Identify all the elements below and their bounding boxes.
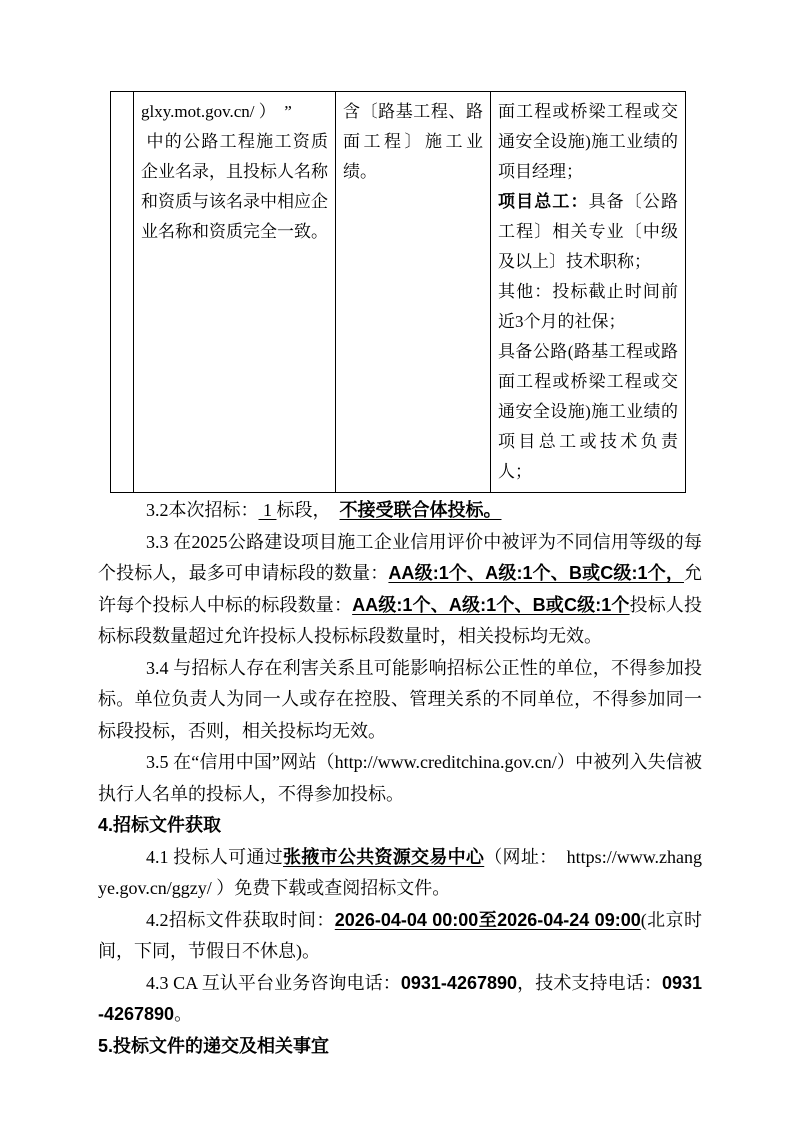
clause-3-3: 3.3 在2025公路建设项目施工企业信用评价中被评为不同信用等级的每个投标人，… xyxy=(98,527,702,653)
text-run: 3.4 与招标人存在利害关系且可能影响招标公正性的单位，不得参加投标。单位负责人… xyxy=(98,658,702,741)
text-run: 4.招标文件获取 xyxy=(98,815,221,835)
clause-3-4: 3.4 与招标人存在利害关系且可能影响招标公正性的单位，不得参加投标。单位负责人… xyxy=(98,653,702,748)
emphasis-text: 2026-04-04 00:00至2026-04-24 09:00 xyxy=(335,910,641,930)
emphasis-text: 张掖市公共资源交易中心 xyxy=(283,847,484,867)
table-cell-performance: 含〔路基工程、路面工程〕施工业绩。 xyxy=(336,92,491,493)
clauses-container: 3.2本次招标： 1 标段， 不接受联合体投标。3.3 在2025公路建设项目施… xyxy=(98,495,702,1062)
text-run: 标段， xyxy=(277,500,340,520)
text-run: 面工程或桥梁工程或交通安全设施)施工业绩的项目经理； xyxy=(498,102,678,181)
text-run: 5.投标文件的递交及相关事宜 xyxy=(98,1036,329,1056)
document-page: glxy.mot.gov.cn/ ） ” 中的公路工程施工资质企业名录，且投标人… xyxy=(0,0,794,1124)
clause-3-2: 3.2本次招标： 1 标段， 不接受联合体投标。 xyxy=(98,495,702,527)
text-run: 4.2招标文件获取时间： xyxy=(146,910,335,930)
text-run: 。 xyxy=(174,1004,192,1024)
emphasis-text: AA级:1个、A级:1个、B或C级:1个 xyxy=(352,595,629,615)
section-4-heading: 4.招标文件获取 xyxy=(98,810,702,842)
text-run: 3.2本次招标： xyxy=(146,500,259,520)
table-row: glxy.mot.gov.cn/ ） ” 中的公路工程施工资质企业名录，且投标人… xyxy=(111,92,686,493)
section-5-heading: 5.投标文件的递交及相关事宜 xyxy=(98,1031,702,1063)
text-run: 其他：投标截止时间前近3个月的社保； xyxy=(498,282,678,331)
emphasis-text: 不接受联合体投标。 xyxy=(340,500,502,520)
text-run: 3.5 在“信用中国”网站（http://www.creditchina.gov… xyxy=(98,752,702,804)
personnel-requirement: 项目总工：具备〔公路工程〕相关专业〔中级及以上〕技术职称； xyxy=(498,187,678,277)
personnel-requirement: 其他：投标截止时间前近3个月的社保； xyxy=(498,277,678,337)
qualification-table: glxy.mot.gov.cn/ ） ” 中的公路工程施工资质企业名录，且投标人… xyxy=(110,91,686,493)
emphasis-text: AA级:1个、A级:1个、B或C级:1个， xyxy=(388,563,684,583)
personnel-requirement: 面工程或桥梁工程或交通安全设施)施工业绩的项目经理； xyxy=(498,97,678,187)
text-run: 中的公路工程施工资质企业名录，且投标人名称和资质与该名录中相应企业名称和资质完全… xyxy=(141,132,328,241)
emphasis-text: 0931-4267890 xyxy=(401,973,517,993)
clause-4-2: 4.2招标文件获取时间：2026-04-04 00:00至2026-04-24 … xyxy=(98,905,702,968)
emphasis-text: 项目总工： xyxy=(498,192,589,211)
table-cell-index xyxy=(111,92,134,493)
text-run: glxy.mot.gov.cn/ ） ” xyxy=(141,102,292,121)
text-run: 4.3 CA 互认平台业务咨询电话： xyxy=(146,973,401,993)
text-run: 具备公路(路基工程或路面工程或桥梁工程或交通安全设施)施工业绩的项目总工或技术负… xyxy=(498,342,678,481)
clause-3-5: 3.5 在“信用中国”网站（http://www.creditchina.gov… xyxy=(98,747,702,810)
text-run: 4.1 投标人可通过 xyxy=(146,847,283,867)
table-cell-qualification: glxy.mot.gov.cn/ ） ” 中的公路工程施工资质企业名录，且投标人… xyxy=(134,92,336,493)
table-cell-personnel: 面工程或桥梁工程或交通安全设施)施工业绩的项目经理；项目总工：具备〔公路工程〕相… xyxy=(491,92,686,493)
emphasis-text: 1 xyxy=(259,500,277,520)
personnel-requirement: 具备公路(路基工程或路面工程或桥梁工程或交通安全设施)施工业绩的项目总工或技术负… xyxy=(498,337,678,487)
clause-4-1: 4.1 投标人可通过张掖市公共资源交易中心（网址： https://www.zh… xyxy=(98,842,702,905)
clause-4-3: 4.3 CA 互认平台业务咨询电话：0931-4267890，技术支持电话：09… xyxy=(98,968,702,1031)
text-run: ，技术支持电话： xyxy=(517,973,662,993)
